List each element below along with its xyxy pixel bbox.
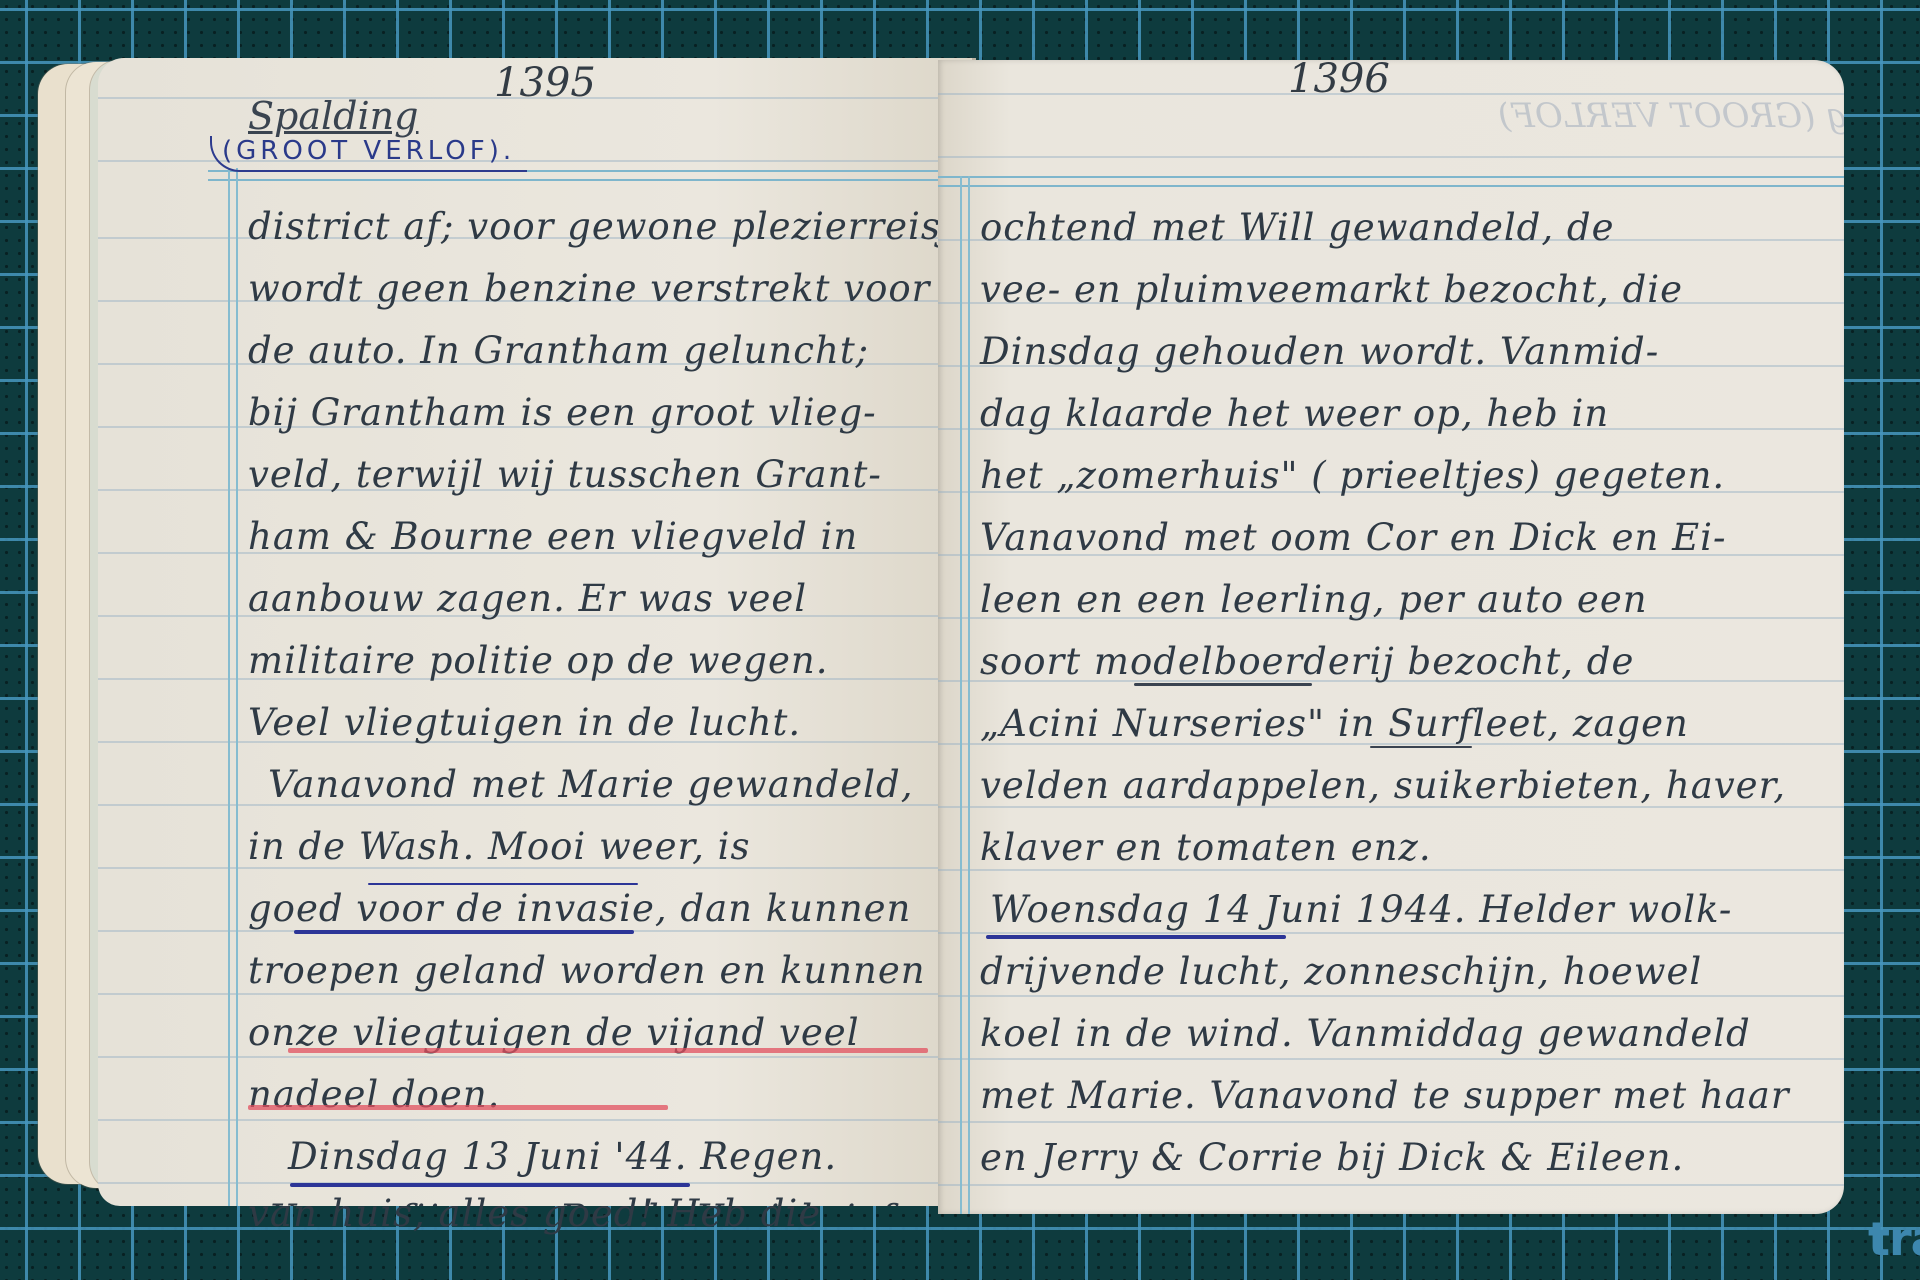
red-underline [248, 1105, 668, 1110]
text-line: koel in de wind. Vanmiddag gewandeld [980, 1012, 1751, 1055]
text-line: Vanavond met Marie gewandeld, [268, 763, 913, 806]
text-line: met Marie. Vanavond te supper met haar [980, 1074, 1790, 1117]
right-page: 1396 Spalding (GROOT VERLOF) ochtend met… [938, 60, 1844, 1214]
text-line: Dinsdag gehouden wordt. Vanmid- [980, 330, 1659, 373]
underline-mark [368, 883, 638, 885]
date-underline [986, 935, 1286, 939]
page-number: 1395 [494, 60, 596, 106]
diary-date-entry: Woensdag 14 Juni 1944. Helder wolk- [990, 888, 1732, 931]
underline-mark [1370, 746, 1472, 748]
text-line: leen en een leerling, per auto een [980, 578, 1648, 621]
text-line: troepen geland worden en kunnen [248, 949, 926, 992]
text-line: van huis, alles goed! Heb die [248, 1192, 821, 1235]
left-margin-rule [960, 176, 970, 1214]
left-page: 1395 Spalding (GROOT VERLOF). district a… [98, 58, 976, 1206]
text-line: in de Wash. Mooi weer, is [248, 825, 750, 868]
text-line: ochtend met Will gewandeld, de [980, 206, 1614, 249]
text-line: dag klaarde het weer op, heb in [980, 392, 1609, 435]
text-line: soort modelboerderij bezocht, de [980, 640, 1634, 683]
header-label: (GROOT VERLOF). [210, 136, 527, 172]
bleed-through-text: Spalding (GROOT VERLOF) [1498, 96, 1844, 136]
underline-mark [1134, 683, 1312, 686]
text-line: bij Grantham is een groot vlieg- [248, 391, 877, 434]
red-underline [288, 1048, 928, 1053]
text-line: aanbouw zagen. Er was veel [248, 577, 807, 620]
text-line: vee- en pluimveemarkt bezocht, die [980, 268, 1683, 311]
page-number: 1396 [1288, 60, 1390, 102]
text-line: district af; voor gewone plezierreisje [248, 205, 976, 248]
left-margin-rule [228, 168, 238, 1206]
text-line: de auto. In Grantham geluncht; [248, 329, 869, 372]
top-margin-rule [938, 176, 1844, 187]
text-line: ham & Bourne een vliegveld in [248, 515, 858, 558]
text-line: klaver en tomaten enz. [980, 826, 1432, 869]
text-line: „Acini Nurseries" in Surfleet, zagen [980, 702, 1689, 745]
text-line: velden aardappelen, suikerbieten, haver, [980, 764, 1786, 807]
text-line: drijvende lucht, zonneschijn, hoewel [980, 950, 1702, 993]
text-line: wordt geen benzine verstrekt voor [248, 267, 930, 310]
text-line: en Jerry & Corrie bij Dick & Eileen. [980, 1136, 1684, 1179]
text-line: goed voor de invasie, dan kunnen [248, 887, 911, 930]
text-line: veld, terwijl wij tusschen Grant- [248, 453, 882, 496]
text-line: Vanavond met oom Cor en Dick en Ei- [980, 516, 1727, 559]
mat-logo-text: tra [1868, 1212, 1920, 1266]
diary-book: 1395 Spalding (GROOT VERLOF). district a… [38, 54, 1848, 1234]
date-underline [290, 1183, 690, 1187]
diary-date-entry: Dinsdag 13 Juni '44. Regen. [288, 1135, 837, 1178]
text-line: Veel vliegtuigen in de lucht. [248, 701, 801, 744]
header-place-name: Spalding [248, 94, 418, 138]
text-line: militaire politie op de wegen. [248, 639, 828, 682]
text-line: het „zomerhuis" ( prieeltjes) gegeten. [980, 454, 1725, 497]
underline-mark [294, 930, 634, 934]
